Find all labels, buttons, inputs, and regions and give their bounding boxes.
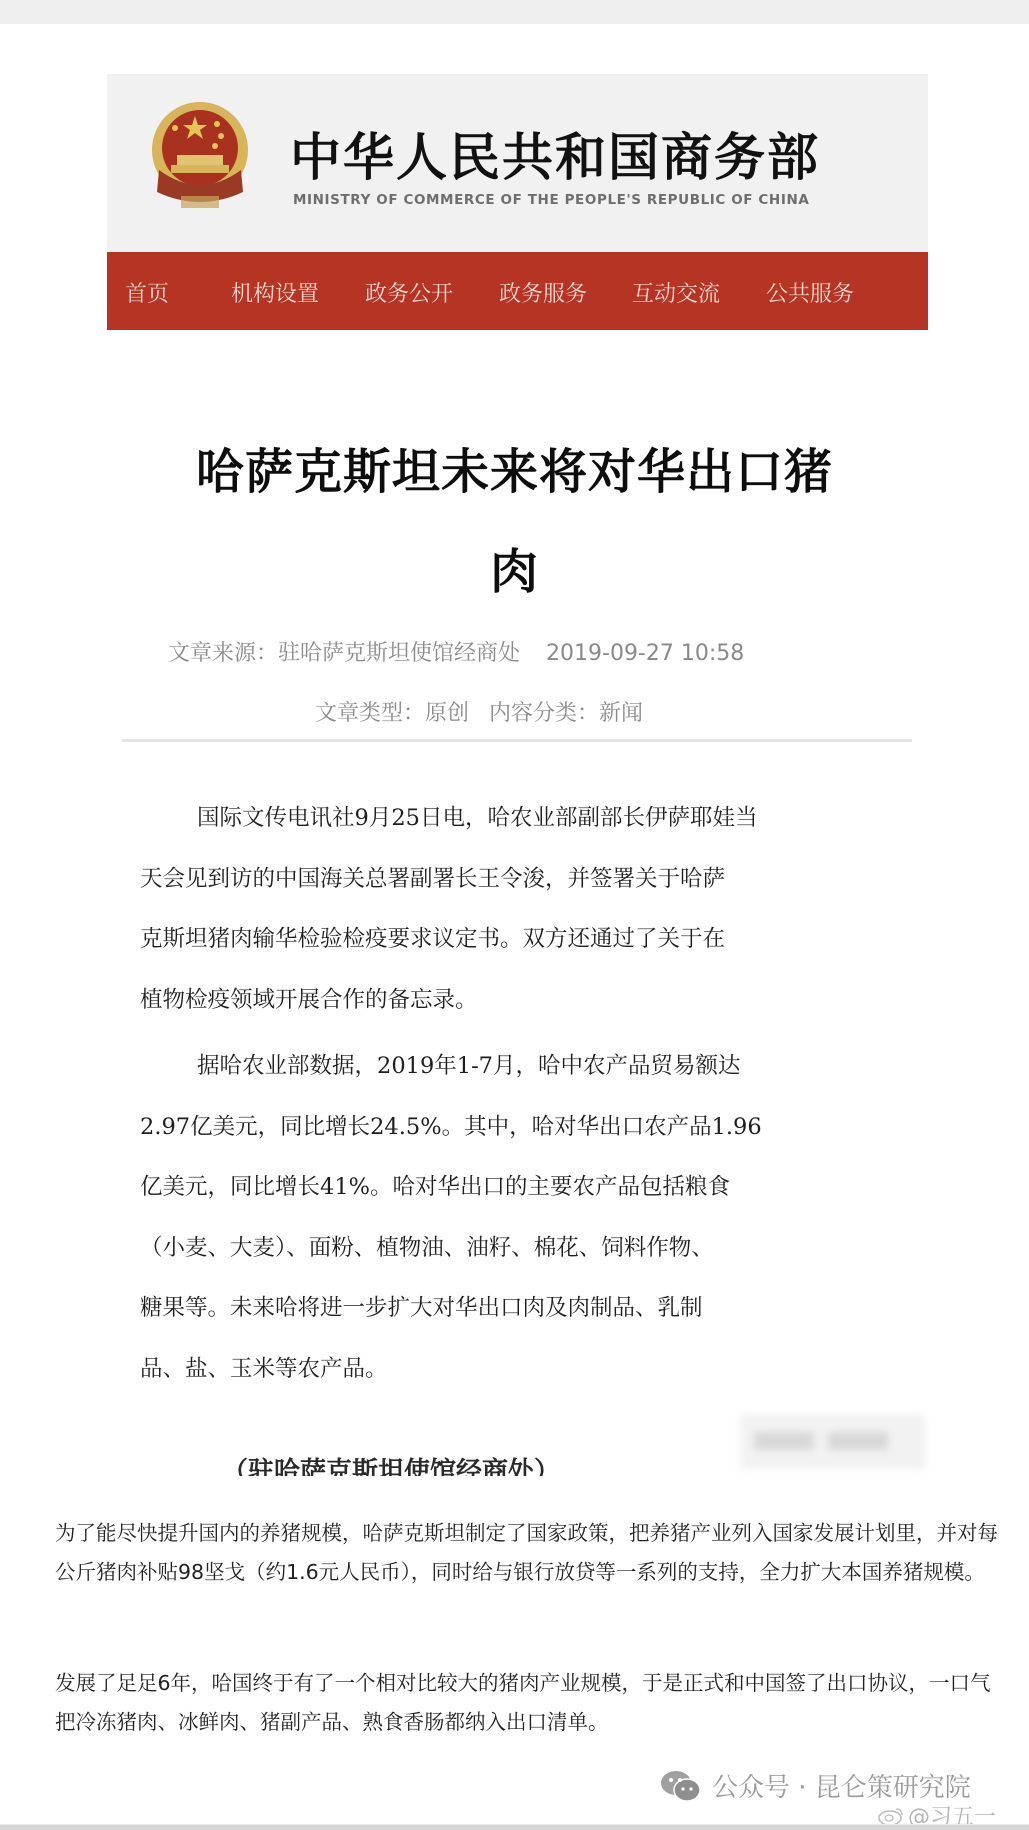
- article-paragraph-1: 国际文传电讯社9月25日电，哈农业部副部长伊萨耶娃当 天会见到访的中国海关总署副…: [140, 788, 880, 1030]
- text-line: 克斯坦猪肉输华检验检疫要求议定书。双方还通过了关于在: [140, 909, 880, 970]
- main-nav: 首页 机构设置 政务公开 政务服务 互动交流 公共服务: [107, 252, 928, 330]
- text-line: 糖果等。未来哈将进一步扩大对华出口肉及肉制品、乳制: [140, 1278, 880, 1339]
- article-timestamp: 2019-09-27 10:58: [546, 641, 744, 666]
- nav-government-services[interactable]: 政务服务: [499, 277, 587, 308]
- text-line: 国际文传电讯社9月25日电，哈农业部副部长伊萨耶娃当: [197, 805, 757, 831]
- org-name-cn: 中华人民共和国商务部: [290, 116, 820, 190]
- bottom-gray-strip: [0, 1824, 1029, 1830]
- article-source-line: 文章来源：驻哈萨克斯坦使馆经商处2019-09-27 10:58: [168, 636, 744, 667]
- org-name-en: MINISTRY OF COMMERCE OF THE PEOPLE'S REP…: [293, 192, 809, 208]
- text-line: 亿美元，同比增长41%。哈对华出口的主要农产品包括粮食: [140, 1157, 880, 1218]
- nav-home[interactable]: 首页: [125, 277, 169, 308]
- text-line: 天会见到访的中国海关总署副署长王令浚，并签署关于哈萨: [140, 849, 880, 910]
- nav-government-affairs[interactable]: 政务公开: [365, 277, 453, 308]
- blurred-region: [740, 1414, 925, 1469]
- article-type-line: 文章类型：原创内容分类：新闻: [315, 696, 643, 727]
- text-line: 2.97亿美元，同比增长24.5%。其中，哈对华出口农产品1.96: [140, 1097, 880, 1158]
- nav-public-services[interactable]: 公共服务: [766, 277, 854, 308]
- article-title-line2: 肉: [100, 522, 929, 622]
- ministry-webpage-screenshot: 中华人民共和国商务部 MINISTRY OF COMMERCE OF THE P…: [0, 24, 1029, 1484]
- nav-organization[interactable]: 机构设置: [231, 277, 319, 308]
- caption-paragraph-2: 发展了足足6年，哈国终于有了一个相对比较大的猪肉产业规模，于是正式和中国签了出口…: [55, 1664, 1005, 1741]
- wechat-account-label: 公众号 · 昆仑策研究院: [712, 1767, 971, 1804]
- wechat-icon: [660, 1769, 702, 1803]
- article-category: 内容分类：新闻: [489, 701, 643, 726]
- nav-interaction[interactable]: 互动交流: [632, 277, 720, 308]
- meta-divider: [122, 739, 912, 742]
- weibo-icon: [878, 1806, 904, 1826]
- wechat-watermark: 公众号 · 昆仑策研究院: [660, 1767, 971, 1804]
- article-type: 文章类型：原创: [315, 701, 469, 726]
- site-header: 中华人民共和国商务部 MINISTRY OF COMMERCE OF THE P…: [107, 74, 928, 252]
- text-line: （小麦、大麦）、面粉、植物油、油籽、棉花、饲料作物、: [140, 1218, 880, 1279]
- national-emblem-icon: [147, 100, 253, 213]
- caption-paragraph-1: 为了能尽快提升国内的养猪规模，哈萨克斯坦制定了国家政策，把养猪产业列入国家发展计…: [55, 1514, 1005, 1591]
- text-line: 品、盐、玉米等农产品。: [140, 1339, 880, 1400]
- article-title-line1: 哈萨克斯坦未来将对华出口猪: [100, 422, 929, 522]
- top-gray-strip: [0, 0, 1029, 24]
- article-paragraph-2: 据哈农业部数据，2019年1-7月，哈中农产品贸易额达 2.97亿美元，同比增长…: [140, 1036, 880, 1399]
- article-source: 文章来源：驻哈萨克斯坦使馆经商处: [168, 641, 520, 666]
- article-title: 哈萨克斯坦未来将对华出口猪 肉: [100, 422, 929, 622]
- text-line: 植物检疫领域开展合作的备忘录。: [140, 970, 880, 1031]
- article-signature: （驻哈萨克斯坦使馆经商处）: [222, 1452, 560, 1476]
- text-line: 据哈农业部数据，2019年1-7月，哈中农产品贸易额达: [197, 1053, 741, 1079]
